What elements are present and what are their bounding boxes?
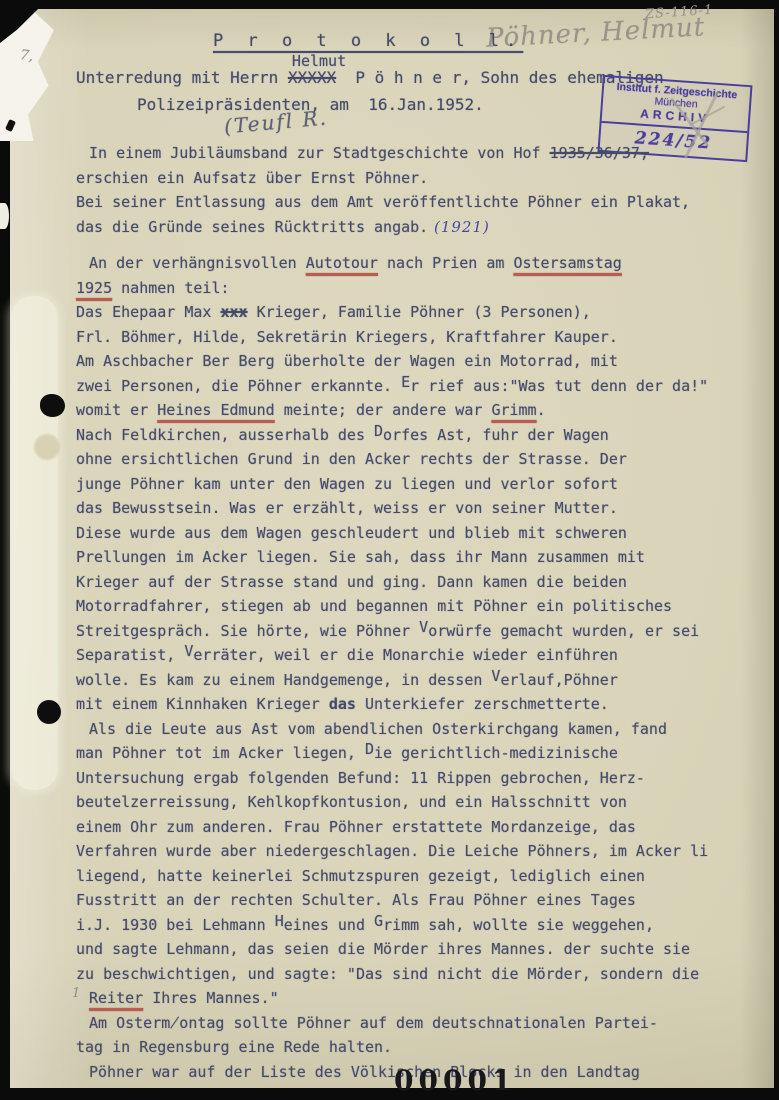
text-segment: Motorradfahrer, stiegen ab und begannen … <box>76 597 672 615</box>
text-segment: Frl. Böhmer, Hilde, Sekretärin Kriegers,… <box>76 328 618 346</box>
text-segment: Diese wurde aus dem Wagen geschleudert u… <box>76 524 627 542</box>
text-segment: D <box>374 422 383 440</box>
inserted-word: Helmut <box>292 52 346 70</box>
text-line: An der verhängnisvollen Autotour nach Pr… <box>76 251 756 276</box>
text-segment: Verfahren wurde aber niedergeschlagen. D… <box>76 842 708 860</box>
text-line: man Pöhner tot im Acker liegen, Die geri… <box>76 741 756 766</box>
text-line: Als die Leute aus Ast vom abendlichen Os… <box>76 717 756 742</box>
text-line: Motorradfahrer, stiegen ab und begannen … <box>76 594 756 619</box>
text-line: tag in Regensburg eine Rede halten. <box>76 1035 756 1060</box>
text-segment: ohne ersichtlichen Grund in den Acker re… <box>76 450 627 468</box>
text-segment: erlauf,Pöhner <box>500 671 617 689</box>
text-segment: Krieger auf der Strasse stand und ging. … <box>76 573 627 591</box>
text-segment: liegend, hatte keinerlei Schmutzspuren g… <box>76 867 645 885</box>
text-segment: zwei Personen, die Pöhner erkannte. <box>76 377 401 395</box>
text-segment: rimm sah, wollte sie weggehen, <box>383 916 654 934</box>
text-segment: 1935/36/37, <box>550 144 649 162</box>
text-segment: das <box>329 695 356 713</box>
text-segment: beutelzerreissung, Kehlkopfkontusion, un… <box>76 793 627 811</box>
text-line: Streitgespräch. Sie hörte, wie Pöhner Vo… <box>76 619 756 644</box>
text-segment: womit er <box>76 401 157 419</box>
text-line: erschien ein Aufsatz über Ernst Pöhner. <box>76 166 756 191</box>
text-line: i.J. 1930 bei Lehmann Heines und Grimm s… <box>76 913 756 938</box>
text-segment: (1921) <box>428 218 490 236</box>
text-line: beutelzerreissung, Kehlkopfkontusion, un… <box>76 790 756 815</box>
text-segment: das Bewusstsein. Was er erzählt, weiss e… <box>76 499 618 517</box>
text-segment: man Pöhner tot im Acker liegen, <box>76 744 365 762</box>
text-line: 1Reiter Ihres Mannes." <box>76 986 756 1011</box>
text-line: Bei seiner Entlassung aus dem Amt veröff… <box>76 190 756 215</box>
header-line: Unterredung mit Herrn XXXXXHelmut P ö h … <box>76 68 664 87</box>
text-segment: Ihres Mannes." <box>143 989 278 1007</box>
text-line: Am Aschbacher Ber Berg überholte der Wag… <box>76 349 756 374</box>
text-segment: Reiter <box>89 989 143 1007</box>
edge-nick <box>0 203 9 229</box>
text-segment: V <box>419 618 428 636</box>
text-line: Fusstritt an der rechten Schulter. Als F… <box>76 888 756 913</box>
text-segment: Untersuchung ergab folgenden Befund: 11 … <box>76 769 645 787</box>
text-line: Am Osterm̸ontag sollte Pöhner auf dem de… <box>76 1011 756 1036</box>
text-segment: H <box>275 912 284 930</box>
text-segment: Fusstritt an der rechten Schulter. Als F… <box>76 891 636 909</box>
text-line: liegend, hatte keinerlei Schmutzspuren g… <box>76 864 756 889</box>
text-line: das Bewusstsein. Was er erzählt, weiss e… <box>76 496 756 521</box>
text-segment: meinte; der andere war <box>275 401 492 419</box>
text-line: Untersuchung ergab folgenden Befund: 11 … <box>76 766 756 791</box>
text-line: womit er Heines Edmund meinte; der ander… <box>76 398 756 423</box>
text-segment: Bei seiner Entlassung aus dem Amt veröff… <box>76 193 690 211</box>
text-segment: Ostersamstag <box>513 254 621 272</box>
pencil-margin-mark: 7, <box>19 47 34 65</box>
text-segment: xxx <box>221 303 248 321</box>
text-line: In einem Jubiläumsband zur Stadtgeschich… <box>76 141 756 166</box>
text-segment: V <box>491 667 500 685</box>
text-line: Das Ehepaar Max xxx Krieger, Familie Pöh… <box>76 300 756 325</box>
text-segment: orwürfe gemacht wurden, er sei <box>428 622 699 640</box>
text-line: Separatist, Verräter, weil er die Monarc… <box>76 643 756 668</box>
text-segment: Unterkiefer zerschmetterte. <box>356 695 609 713</box>
text-line: Prellungen im Acker liegen. Sie sah, das… <box>76 545 756 570</box>
text-line: und sagte Lehmann, das seien die Mörder … <box>76 937 756 962</box>
text-segment: In einem Jubiläumsband zur Stadtgeschich… <box>89 144 550 162</box>
text-segment: Heines Edmund <box>157 401 274 419</box>
text-segment: Am Osterm̸ontag sollte Pöhner auf dem de… <box>89 1014 658 1032</box>
text-segment: Das Ehepaar Max <box>76 303 221 321</box>
text-segment: einem Ohr zum anderen. Frau Pöhner ersta… <box>76 818 636 836</box>
document-title: P r o t o k o l l. <box>213 31 523 51</box>
text-segment: Am Aschbacher Ber Berg überholte der Wag… <box>76 352 618 370</box>
text-segment: das die Gründe seines Rücktritts angab. <box>76 218 428 236</box>
text-segment: und sagte Lehmann, das seien die Mörder … <box>76 940 690 958</box>
text-segment: XXXXXHelmut <box>288 68 336 87</box>
text-segment: wolle. Es kam zu einem Handgemenge, in d… <box>76 671 491 689</box>
text-segment: erräter, weil er die Monarchie wieder ei… <box>193 646 617 664</box>
text-segment: Grimm <box>491 401 536 419</box>
text-segment: nach Prien am <box>378 254 513 272</box>
page-number-stamp: 00001 <box>394 1064 516 1097</box>
text-line: zu beschwichtigen, und sagte: "Das sind … <box>76 962 756 987</box>
text-segment: . <box>537 401 546 419</box>
text-line: Diese wurde aus dem Wagen geschleudert u… <box>76 521 756 546</box>
text-segment: mit einem Kinnhaken Krieger <box>76 695 329 713</box>
text-segment: r rief aus:"Was tut denn der da!" <box>410 377 708 395</box>
text-segment: 1925 <box>76 279 112 297</box>
text-segment: Autotour <box>306 254 378 272</box>
text-segment: Prellungen im Acker liegen. Sie sah, das… <box>76 548 645 566</box>
text-line: zwei Personen, die Pöhner erkannte. Er r… <box>76 374 756 399</box>
text-segment: ie gerichtlich-medizinische <box>374 744 618 762</box>
text-segment: junge Pöhner kam unter den Wagen zu lieg… <box>76 475 618 493</box>
punch-hole-bottom <box>37 700 61 724</box>
text-line: Frl. Böhmer, Hilde, Sekretärin Kriegers,… <box>76 325 756 350</box>
text-line: ohne ersichtlichen Grund in den Acker re… <box>76 447 756 472</box>
text-segment: E <box>401 373 410 391</box>
text-segment: Krieger, Familie Pöhner (3 Personen), <box>248 303 591 321</box>
text-line: Krieger auf der Strasse stand und ging. … <box>76 570 756 595</box>
text-segment: Streitgespräch. Sie hörte, wie Pöhner <box>76 622 419 640</box>
hole-shadow <box>33 433 61 461</box>
text-line: mit einem Kinnhaken Krieger das Unterkie… <box>76 692 756 717</box>
text-segment: G <box>374 912 383 930</box>
text-segment: D <box>365 740 374 758</box>
text-segment: i.J. 1930 bei Lehmann <box>76 916 275 934</box>
text-segment: Unterredung mit Herrn <box>76 68 288 87</box>
text-segment: Als die Leute aus Ast vom abendlichen Os… <box>89 720 667 738</box>
body-text: In einem Jubiläumsband zur Stadtgeschich… <box>76 141 756 1084</box>
punch-hole-top <box>40 394 65 417</box>
text-line: Verfahren wurde aber niedergeschlagen. D… <box>76 839 756 864</box>
text-segment: erschien ein Aufsatz über Ernst Pöhner. <box>76 169 428 187</box>
text-segment: orfes Ast, fuhr der Wagen <box>383 426 609 444</box>
document-scan: ZS-116-1 Pöhner, Helmut 7, P r o t o k o… <box>0 0 779 1100</box>
text-segment: Nach Feldkirchen, ausserhalb des <box>76 426 374 444</box>
text-line: das die Gründe seines Rücktritts angab. … <box>76 215 756 240</box>
text-line: einem Ohr zum anderen. Frau Pöhner ersta… <box>76 815 756 840</box>
text-line: wolle. Es kam zu einem Handgemenge, in d… <box>76 668 756 693</box>
text-segment: zu beschwichtigen, und sagte: "Das sind … <box>76 965 699 983</box>
text-segment: eines und <box>284 916 374 934</box>
text-line: Nach Feldkirchen, ausserhalb des Dorfes … <box>76 423 756 448</box>
text-segment: Pöhner war auf der Liste des Völkischen … <box>89 1063 640 1081</box>
text-segment: nahmen teil: <box>112 279 229 297</box>
text-segment: tag in Regensburg eine Rede halten. <box>76 1038 392 1056</box>
text-segment: V <box>184 642 193 660</box>
text-line: junge Pöhner kam unter den Wagen zu lieg… <box>76 472 756 497</box>
text-segment: An der verhängnisvollen <box>89 254 306 272</box>
text-line: 1925 nahmen teil: <box>76 276 756 301</box>
text-segment: Separatist, <box>76 646 184 664</box>
